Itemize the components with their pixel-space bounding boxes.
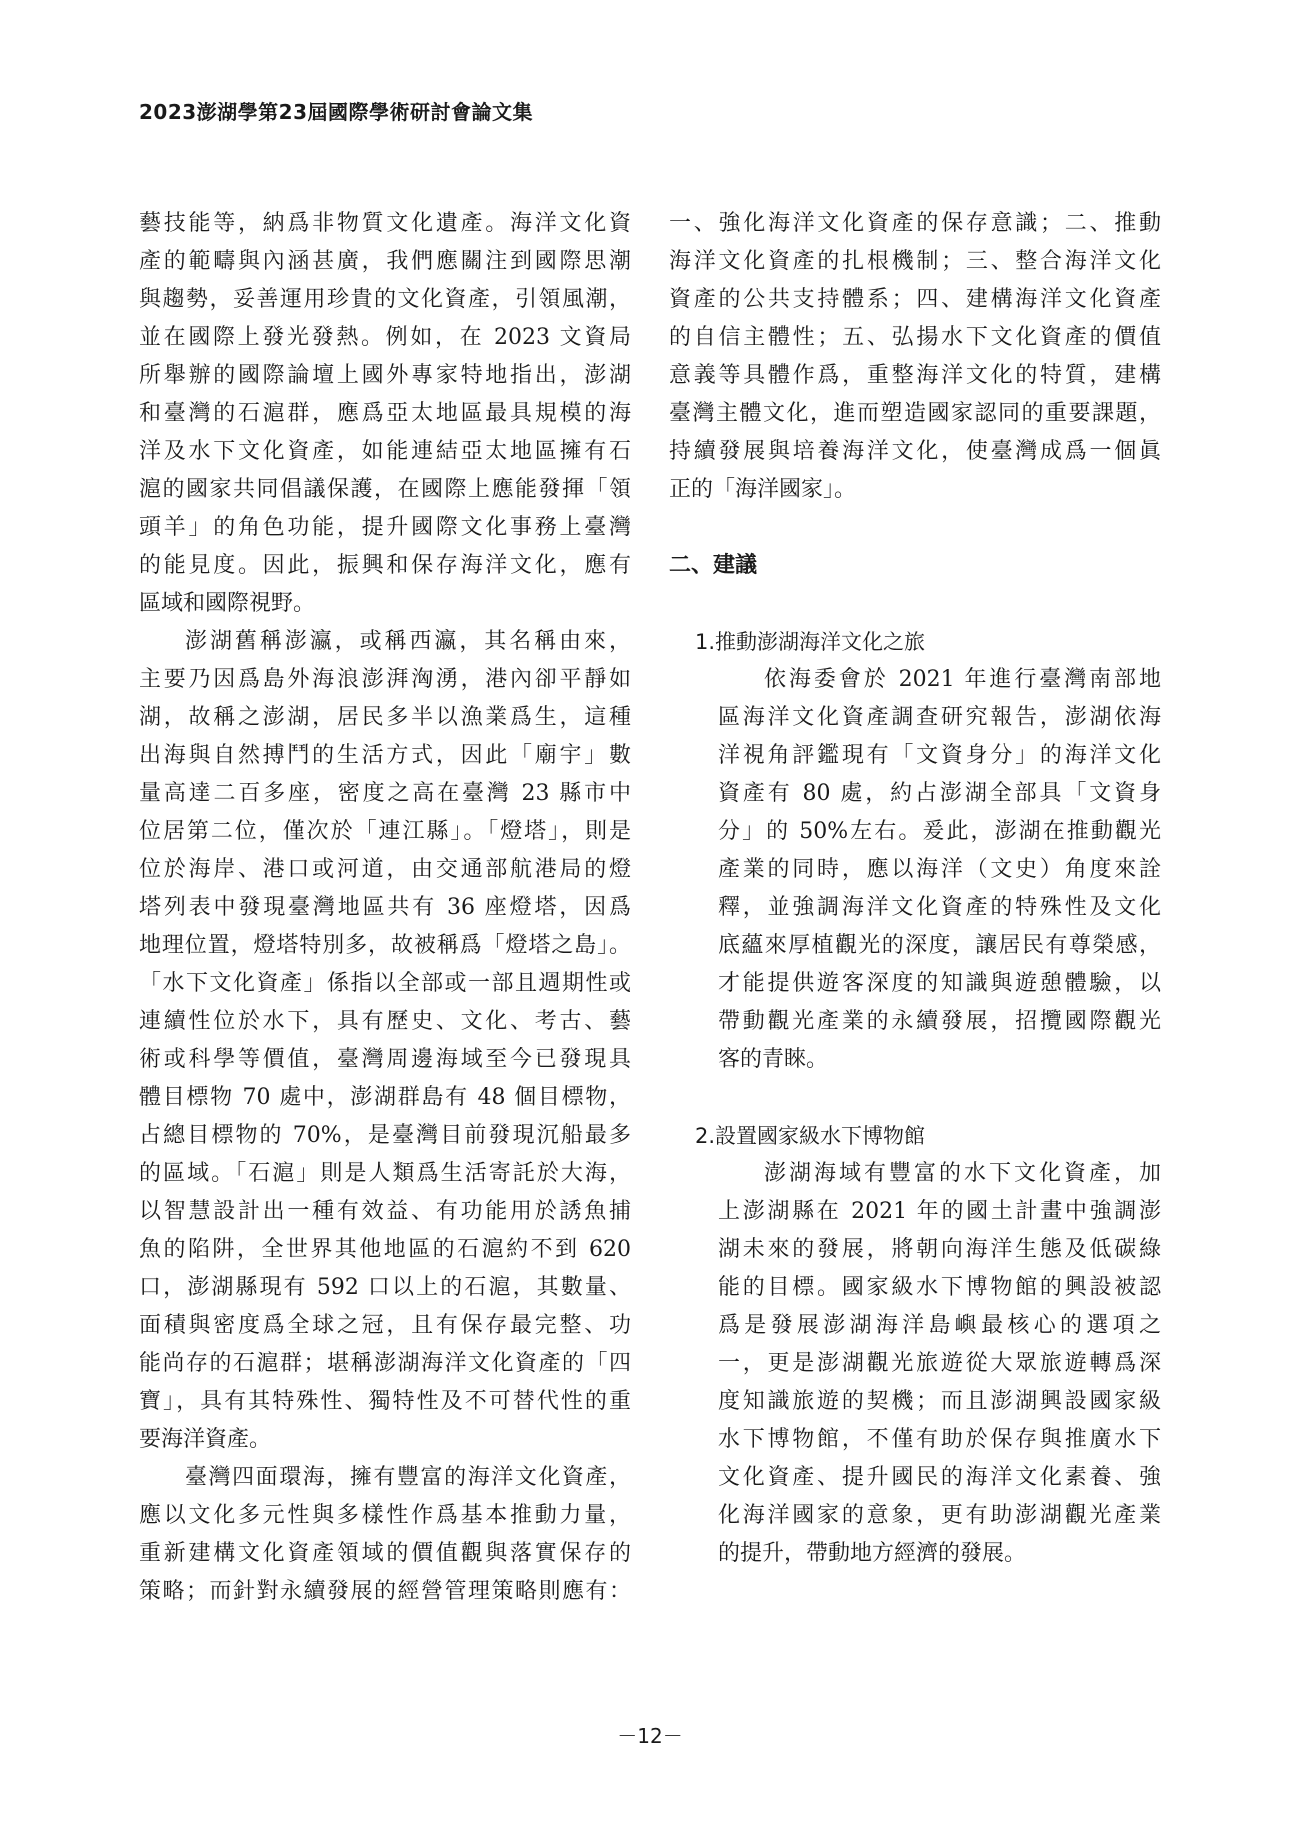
text-line: 持續發展與培養海洋文化，使臺灣成爲一個眞: [669, 433, 1161, 471]
text-line: 與趨勢，妥善運用珍貴的文化資產，引領風潮，: [139, 281, 631, 319]
text-line: 水下博物館，不僅有助於保存與推廣水下: [669, 1421, 1161, 1459]
text-line: 湖，故稱之澎湖，居民多半以漁業爲生，這種: [139, 699, 631, 737]
text-line: 臺灣主體文化，進而塑造國家認同的重要課題，: [669, 395, 1161, 433]
text-line: 體目標物 70 處中，澎湖群島有 48 個目標物，: [139, 1079, 631, 1117]
text-line: 以智慧設計出一種有效益、有功能用於誘魚捕: [139, 1193, 631, 1231]
text-line: 位居第二位，僅次於「連江縣」。「燈塔」，則是: [139, 813, 631, 851]
text-line: 位於海岸、港口或河道，由交通部航港局的燈: [139, 851, 631, 889]
section-heading: 二、建議: [669, 547, 1161, 585]
text-line: 產業的同時，應以海洋（文史）角度來詮: [669, 851, 1161, 889]
text-line: 地理位置，燈塔特別多，故被稱爲「燈塔之島」。: [139, 927, 631, 965]
text-line: 寶」，具有其特殊性、獨特性及不可替代性的重: [139, 1383, 631, 1421]
text-line: 藝技能等，納爲非物質文化遺產。海洋文化資: [139, 205, 631, 243]
text-line: 要海洋資產。: [139, 1421, 631, 1459]
text-line: 釋，並強調海洋文化資產的特殊性及文化: [669, 889, 1161, 927]
text-line: 澎湖海域有豐富的水下文化資產，加: [669, 1155, 1161, 1193]
text-line: 並在國際上發光發熱。例如，在 2023 文資局: [139, 319, 631, 357]
subsection-ocean-culture-tour: 1.推動澎湖海洋文化之旅 依海委會於 2021 年進行臺灣南部地 區海洋文化資產…: [669, 623, 1161, 1079]
text-line: 客的青睞。: [669, 1041, 1161, 1079]
text-line: 區域和國際視野。: [139, 585, 631, 623]
text-line: 爲是發展澎湖海洋島嶼最核心的選項之: [669, 1307, 1161, 1345]
text-line: 出海與自然搏鬥的生活方式，因此「廟宇」數: [139, 737, 631, 775]
text-line: 分」的 50%左右。爰此，澎湖在推動觀光: [669, 813, 1161, 851]
text-line: 策略；而針對永續發展的經營管理策略則應有：: [139, 1573, 631, 1611]
text-line: 的提升，帶動地方經濟的發展。: [669, 1535, 1161, 1573]
text-line: 一，更是澎湖觀光旅遊從大眾旅遊轉爲深: [669, 1345, 1161, 1383]
text-line: 量高達二百多座，密度之高在臺灣 23 縣市中: [139, 775, 631, 813]
text-line: 所舉辦的國際論壇上國外專家特地指出，澎湖: [139, 357, 631, 395]
right-column: 一、強化海洋文化資產的保存意識；二、推動 海洋文化資產的扎根機制；三、整合海洋文…: [669, 205, 1161, 1573]
text-line: 才能提供遊客深度的知識與遊憩體驗，以: [669, 965, 1161, 1003]
text-line: 底蘊來厚植觀光的深度，讓居民有尊榮感，: [669, 927, 1161, 965]
text-line: 連續性位於水下，具有歷史、文化、考古、藝: [139, 1003, 631, 1041]
text-line: 資產的公共支持體系；四、建構海洋文化資產: [669, 281, 1161, 319]
text-line: 澎湖舊稱澎瀛，或稱西瀛，其名稱由來，: [139, 623, 631, 661]
subsection-title: 1.推動澎湖海洋文化之旅: [669, 623, 1161, 661]
text-line: 海洋文化資產的扎根機制；三、整合海洋文化: [669, 243, 1161, 281]
text-line: 一、強化海洋文化資產的保存意識；二、推動: [669, 205, 1161, 243]
text-line: 臺灣四面環海，擁有豐富的海洋文化資產，: [139, 1459, 631, 1497]
text-line: 資產有 80 處，約占澎湖全部具「文資身: [669, 775, 1161, 813]
text-line: 滬的國家共同倡議保護，在國際上應能發揮「領: [139, 471, 631, 509]
paragraph-strategy-list: 一、強化海洋文化資產的保存意識；二、推動 海洋文化資產的扎根機制；三、整合海洋文…: [669, 205, 1161, 509]
text-line: 口，澎湖縣現有 592 口以上的石滬，其數量、: [139, 1269, 631, 1307]
text-line: 洋視角評鑑現有「文資身分」的海洋文化: [669, 737, 1161, 775]
text-line: 的自信主體性；五、弘揚水下文化資產的價值: [669, 319, 1161, 357]
text-line: 占總目標物的 70%，是臺灣目前發現沉船最多: [139, 1117, 631, 1155]
text-line: 區海洋文化資產調查研究報告，澎湖依海: [669, 699, 1161, 737]
text-line: 應以文化多元性與多樣性作爲基本推動力量，: [139, 1497, 631, 1535]
text-line: 化海洋國家的意象，更有助澎湖觀光產業: [669, 1497, 1161, 1535]
subsection-title: 2.設置國家級水下博物館: [669, 1117, 1161, 1155]
left-column: 藝技能等，納爲非物質文化遺產。海洋文化資 產的範疇與內涵甚廣，我們應關注到國際思…: [139, 205, 631, 1611]
text-line: 意義等具體作爲，重整海洋文化的特質，建構: [669, 357, 1161, 395]
text-line: 和臺灣的石滬群，應爲亞太地區最具規模的海: [139, 395, 631, 433]
text-line: 術或科學等價值，臺灣周邊海域至今已發現具: [139, 1041, 631, 1079]
text-line: 能尚存的石滬群；堪稱澎湖海洋文化資產的「四: [139, 1345, 631, 1383]
text-line: 魚的陷阱，全世界其他地區的石滬約不到 620: [139, 1231, 631, 1269]
text-line: 文化資產、提升國民的海洋文化素養、強: [669, 1459, 1161, 1497]
text-line: 重新建構文化資產領域的價值觀與落實保存的: [139, 1535, 631, 1573]
text-line: 帶動觀光產業的永續發展，招攬國際觀光: [669, 1003, 1161, 1041]
paragraph-taiwan-strategy: 臺灣四面環海，擁有豐富的海洋文化資產， 應以文化多元性與多樣性作爲基本推動力量，…: [139, 1459, 631, 1611]
text-line: 主要乃因爲島外海浪澎湃洶湧，港內卻平靜如: [139, 661, 631, 699]
text-line: 的能見度。因此，振興和保存海洋文化，應有: [139, 547, 631, 585]
subsection-underwater-museum: 2.設置國家級水下博物館 澎湖海域有豐富的水下文化資產，加 上澎湖縣在 2021…: [669, 1117, 1161, 1573]
text-line: 度知識旅遊的契機；而且澎湖興設國家級: [669, 1383, 1161, 1421]
text-line: 湖未來的發展，將朝向海洋生態及低碳綠: [669, 1231, 1161, 1269]
text-line: 依海委會於 2021 年進行臺灣南部地: [669, 661, 1161, 699]
page-number: －12－: [0, 1720, 1300, 1749]
spacer: [669, 1079, 1161, 1117]
text-line: 能的目標。國家級水下博物館的興設被認: [669, 1269, 1161, 1307]
text-line: 面積與密度爲全球之冠，且有保存最完整、功: [139, 1307, 631, 1345]
text-line: 上澎湖縣在 2021 年的國土計畫中強調澎: [669, 1193, 1161, 1231]
text-line: 塔列表中發現臺灣地區共有 36 座燈塔，因爲: [139, 889, 631, 927]
text-line: 洋及水下文化資產，如能連結亞太地區擁有石: [139, 433, 631, 471]
paragraph-penghu-treasures: 澎湖舊稱澎瀛，或稱西瀛，其名稱由來， 主要乃因爲島外海浪澎湃洶湧，港內卻平靜如 …: [139, 623, 631, 1459]
running-header: 2023澎湖學第23屆國際學術研討會論文集: [139, 96, 533, 125]
text-line: 「水下文化資產」係指以全部或一部且週期性或: [139, 965, 631, 1003]
text-line: 頭羊」的角色功能，提升國際文化事務上臺灣: [139, 509, 631, 547]
text-line: 正的「海洋國家」。: [669, 471, 1161, 509]
text-line: 的區域。「石滬」則是人類爲生活寄託於大海，: [139, 1155, 631, 1193]
text-line: 產的範疇與內涵甚廣，我們應關注到國際思潮: [139, 243, 631, 281]
paragraph-heritage-scope: 藝技能等，納爲非物質文化遺產。海洋文化資 產的範疇與內涵甚廣，我們應關注到國際思…: [139, 205, 631, 623]
